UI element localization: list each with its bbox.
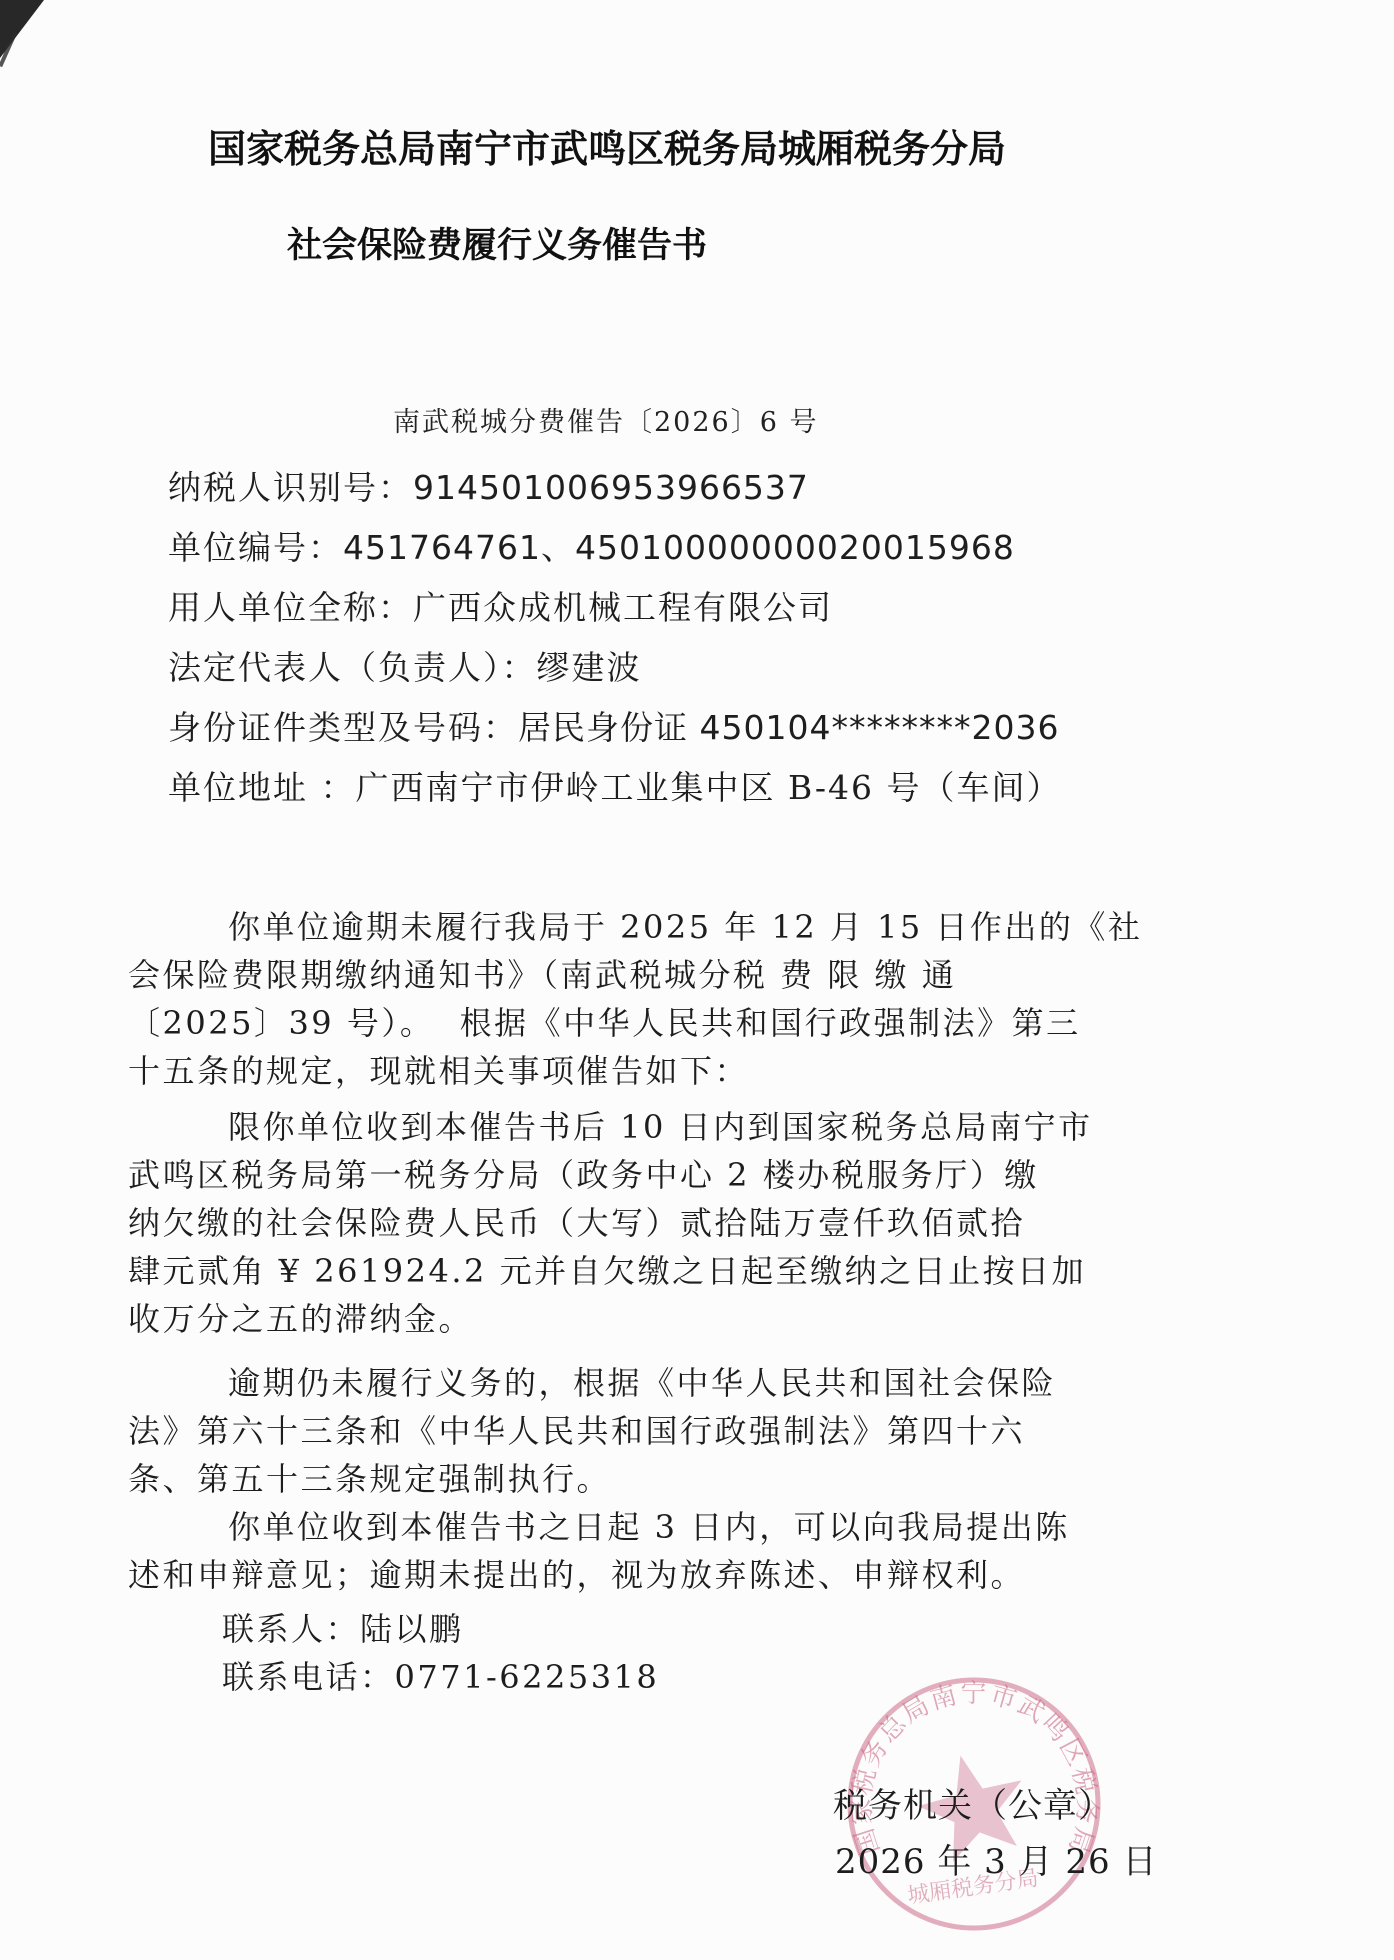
body-line: 〔2025〕39 号）。 根据《中华人民共和国行政强制法》第三 <box>128 999 1278 1047</box>
body-line: 肆元贰角 ¥ 261924.2 元并自欠缴之日起至缴纳之日止按日加 <box>128 1247 1278 1295</box>
body-line: 收万分之五的滞纳金。 <box>128 1295 1278 1343</box>
field-value: 缪建波 <box>537 648 642 687</box>
field-label: 纳税人识别号： <box>168 468 413 507</box>
header-fields: 纳税人识别号：914501006953966537 单位编号：451764761… <box>168 458 1268 818</box>
body-line: 条、第五十三条规定强制执行。 <box>128 1455 1278 1503</box>
field-label: 法定代表人（负责人）： <box>168 648 537 687</box>
field-value: 914501006953966537 <box>413 468 809 507</box>
field-label: 单位地址 ： <box>168 768 356 807</box>
field-label: 单位编号： <box>168 528 343 567</box>
body-line: 你单位逾期未履行我局于 2025 年 12 月 15 日作出的《社 <box>128 903 1278 951</box>
body-line: 法》第六十三条和《中华人民共和国行政强制法》第四十六 <box>128 1407 1278 1455</box>
body-line: 会保险费限期缴纳通知书》（南武税城分税 费 限 缴 通 <box>128 951 1278 999</box>
body-line: 纳欠缴的社会保险费人民币（大写）贰拾陆万壹仟玖佰贰拾 <box>128 1199 1278 1247</box>
document-title: 社会保险费履行义务催告书 <box>287 218 707 268</box>
field-value: 451764761、45010000000020015968 <box>343 528 1015 567</box>
signature-authority: 税务机关（公章） <box>833 1778 1113 1827</box>
signature-date: 2026 年 3 月 26 日 <box>835 1834 1157 1883</box>
field-id-type-number: 身份证件类型及号码：居民身份证 450104********2036 <box>168 698 1268 758</box>
field-taxpayer-id: 纳税人识别号：914501006953966537 <box>168 458 1268 518</box>
field-value: 广西南宁市伊岭工业集中区 B-46 号（车间） <box>356 768 1062 807</box>
body-line: 逾期仍未履行义务的，根据《中华人民共和国社会保险 <box>128 1359 1278 1407</box>
field-unit-number: 单位编号：451764761、45010000000020015968 <box>168 518 1268 578</box>
field-value: 居民身份证 450104********2036 <box>518 708 1059 747</box>
field-legal-representative: 法定代表人（负责人）：缪建波 <box>168 638 1268 698</box>
contact-person: 联系人：陆以鹏 <box>128 1605 1278 1653</box>
scanned-document-page: 国家税务总局南宁市武鸣区税务局城厢税务分局 社会保险费履行义务催告书 南武税城分… <box>0 0 1394 1960</box>
body-line: 十五条的规定，现就相关事项催告如下： <box>128 1047 1278 1095</box>
body-line: 述和申辩意见；逾期未提出的，视为放弃陈述、申辩权利。 <box>128 1551 1278 1599</box>
document-number: 南武税城分费催告〔2026〕6 号 <box>393 400 818 439</box>
body-line: 你单位收到本催告书之日起 3 日内，可以向我局提出陈 <box>128 1503 1278 1551</box>
body-line: 武鸣区税务局第一税务分局（政务中心 2 楼办税服务厅）缴 <box>128 1151 1278 1199</box>
field-unit-address: 单位地址 ：广西南宁市伊岭工业集中区 B-46 号（车间） <box>168 758 1268 818</box>
issuing-authority-title: 国家税务总局南宁市武鸣区税务局城厢税务分局 <box>208 118 1006 173</box>
field-label: 身份证件类型及号码： <box>168 708 518 747</box>
field-employer-name: 用人单位全称：广西众成机械工程有限公司 <box>168 578 1268 638</box>
field-value: 广西众成机械工程有限公司 <box>413 588 833 627</box>
field-label: 用人单位全称： <box>168 588 413 627</box>
body-line: 限你单位收到本催告书后 10 日内到国家税务总局南宁市 <box>128 1103 1278 1151</box>
body-text: 你单位逾期未履行我局于 2025 年 12 月 15 日作出的《社 会保险费限期… <box>128 903 1278 1701</box>
